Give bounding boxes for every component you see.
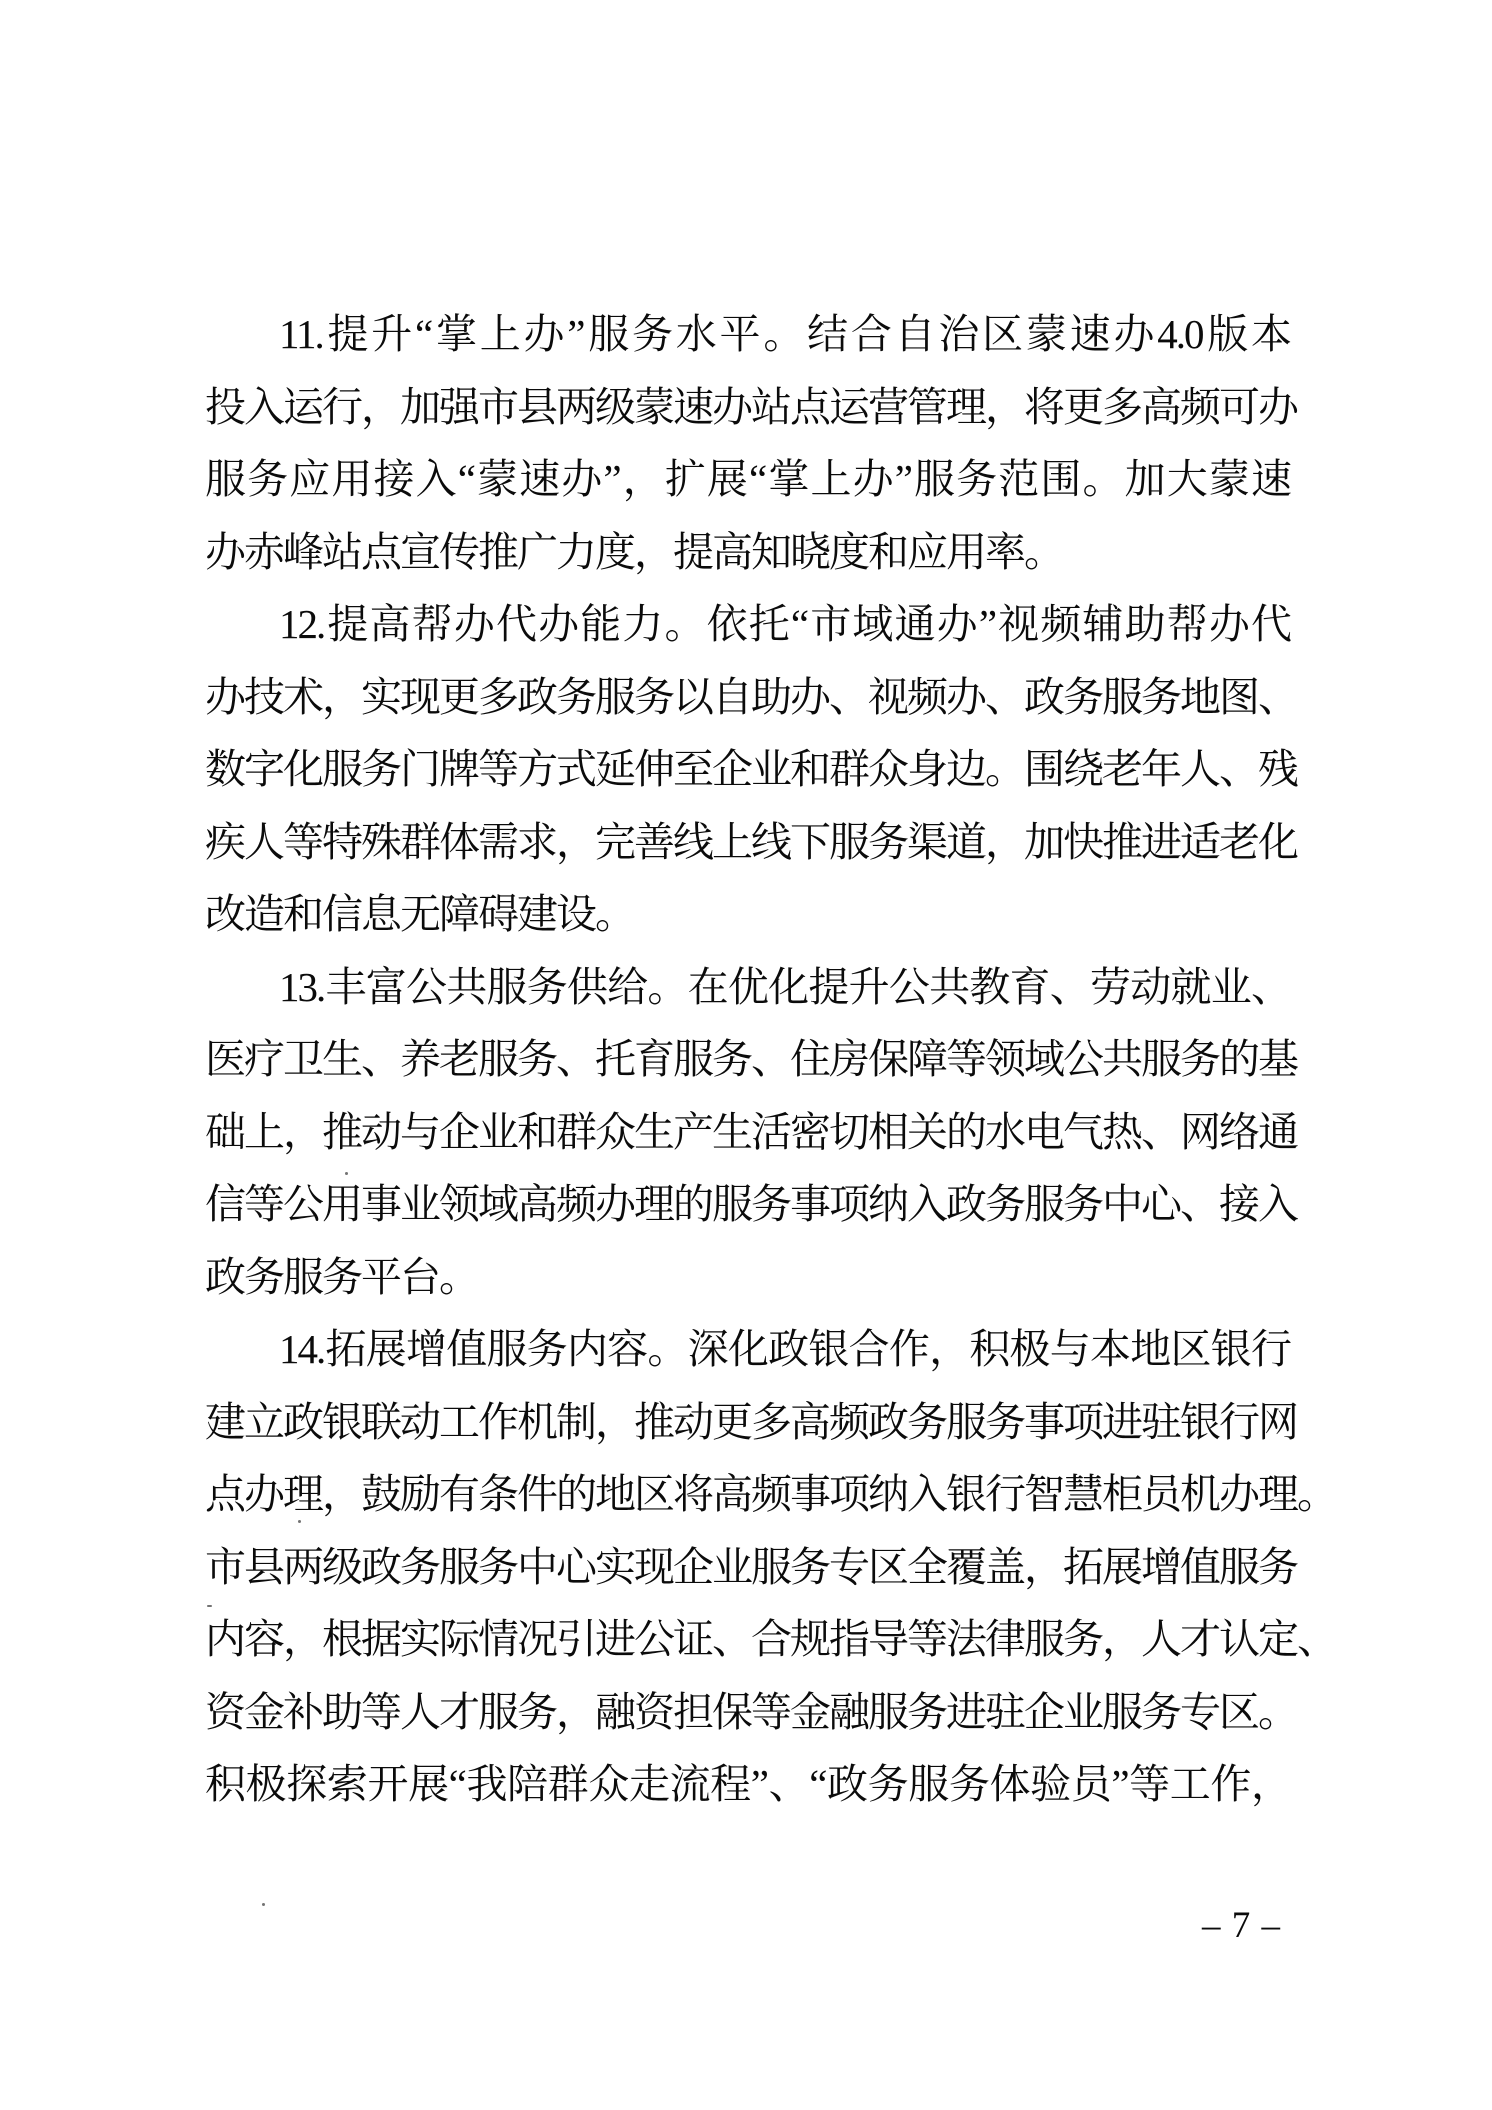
paragraph-item-11: 11.提升“掌上办”服务水平。结合自治区蒙速办4.0版本投入运行，加强市县两级蒙… bbox=[205, 298, 1290, 588]
scan-speck bbox=[345, 1172, 348, 1175]
text-line: 13.丰富公共服务供给。在优化提升公共教育、劳动就业、 bbox=[205, 951, 1290, 1024]
text-line: 资金补助等人才服务，融资担保等金融服务进驻企业服务专区。 bbox=[205, 1676, 1290, 1749]
scan-speck bbox=[207, 1605, 212, 1607]
text-line: 改造和信息无障碍建设。 bbox=[205, 878, 1290, 951]
text-block: 11.提升“掌上办”服务水平。结合自治区蒙速办4.0版本投入运行，加强市县两级蒙… bbox=[205, 298, 1290, 1821]
paragraph-item-14: 14.拓展增值服务内容。深化政银合作，积极与本地区银行建立政银联动工作机制，推动… bbox=[205, 1313, 1290, 1821]
text-line: 建立政银联动工作机制，推动更多高频政务服务事项进驻银行网 bbox=[205, 1386, 1290, 1459]
scan-speck bbox=[262, 1903, 265, 1906]
text-line: 服务应用接入“蒙速办”，扩展“掌上办”服务范围。加大蒙速 bbox=[205, 443, 1290, 516]
text-line: 11.提升“掌上办”服务水平。结合自治区蒙速办4.0版本 bbox=[205, 298, 1290, 371]
text-line: 投入运行，加强市县两级蒙速办站点运营管理，将更多高频可办 bbox=[205, 371, 1290, 444]
paragraph-item-12: 12.提高帮办代办能力。依托“市域通办”视频辅助帮办代办技术，实现更多政务服务以… bbox=[205, 588, 1290, 951]
text-line: 市县两级政务服务中心实现企业服务专区全覆盖，拓展增值服务 bbox=[205, 1531, 1290, 1604]
text-line: 点办理，鼓励有条件的地区将高频事项纳入银行智慧柜员机办理。 bbox=[205, 1458, 1290, 1531]
text-line: 积极探索开展“我陪群众走流程”、“政务服务体验员”等工作， bbox=[205, 1748, 1290, 1821]
text-line: 医疗卫生、养老服务、托育服务、住房保障等领域公共服务的基 bbox=[205, 1023, 1290, 1096]
paragraph-item-13: 13.丰富公共服务供给。在优化提升公共教育、劳动就业、医疗卫生、养老服务、托育服… bbox=[205, 951, 1290, 1314]
scan-speck bbox=[298, 1520, 301, 1523]
text-line: 数字化服务门牌等方式延伸至企业和群众身边。围绕老年人、残 bbox=[205, 733, 1290, 806]
page-number: – 7 – bbox=[1202, 1906, 1302, 1946]
document-page: 11.提升“掌上办”服务水平。结合自治区蒙速办4.0版本投入运行，加强市县两级蒙… bbox=[0, 0, 1492, 2110]
text-line: 办赤峰站点宣传推广力度，提高知晓度和应用率。 bbox=[205, 516, 1290, 589]
text-line: 办技术，实现更多政务服务以自助办、视频办、政务服务地图、 bbox=[205, 661, 1290, 734]
text-line: 12.提高帮办代办能力。依托“市域通办”视频辅助帮办代 bbox=[205, 588, 1290, 661]
text-line: 政务服务平台。 bbox=[205, 1241, 1290, 1314]
text-line: 疾人等特殊群体需求，完善线上线下服务渠道，加快推进适老化 bbox=[205, 806, 1290, 879]
text-line: 14.拓展增值服务内容。深化政银合作，积极与本地区银行 bbox=[205, 1313, 1290, 1386]
text-line: 内容，根据实际情况引进公证、合规指导等法律服务，人才认定、 bbox=[205, 1603, 1290, 1676]
text-line: 础上，推动与企业和群众生产生活密切相关的水电气热、网络通 bbox=[205, 1096, 1290, 1169]
text-line: 信等公用事业领域高频办理的服务事项纳入政务服务中心、接入 bbox=[205, 1168, 1290, 1241]
